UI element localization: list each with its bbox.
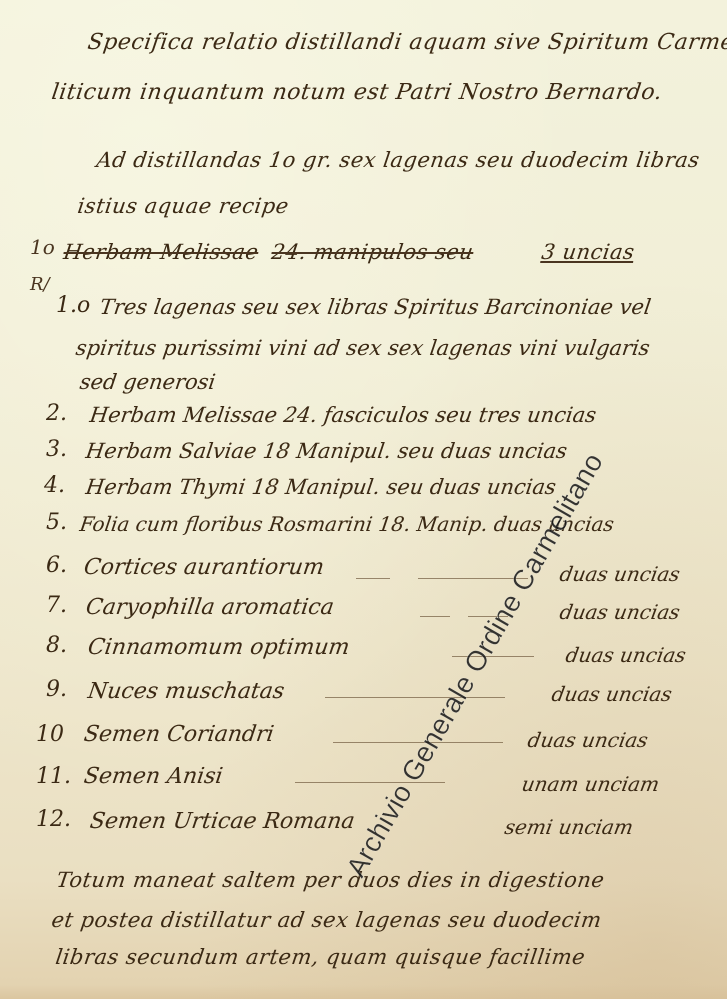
item-quantity-9: duas uncias (550, 682, 674, 706)
title-line-2: liticum inquantum notum est Patri Nostro… (50, 80, 664, 105)
recipe-symbol: R/ (30, 274, 50, 295)
item-number-1: 1.o (56, 293, 90, 318)
leader-dash (356, 578, 390, 579)
item-text-12: Semen Urticae Romana (88, 809, 356, 834)
closing-line-1: Totum maneat saltem per duos dies in dig… (55, 868, 606, 892)
item-number-7: 7. (46, 593, 67, 618)
item-number-8: 8. (46, 633, 67, 658)
item-number-9: 9. (46, 677, 67, 702)
closing-line-3: libras secundum artem, quam quisque faci… (54, 945, 587, 969)
item-text-6: Cortices aurantiorum (82, 555, 325, 580)
item-text-3: Herbam Salviae 18 Manipul. seu duas unci… (84, 439, 568, 463)
leader-dash (325, 697, 505, 698)
item-text-1: Tres lagenas seu sex libras Spiritus Bar… (98, 295, 652, 319)
item-text-1-cont-2: sed generosi (78, 370, 217, 394)
item-number-11: 11. (36, 764, 71, 789)
closing-line-2: et postea distillatur ad sex lagenas seu… (50, 908, 603, 932)
item-quantity-8: duas uncias (564, 643, 688, 667)
item-number-5: 5. (46, 510, 67, 535)
item-quantity-12: semi unciam (503, 815, 635, 839)
item-number-12: 12. (36, 807, 71, 832)
item-text-7: Caryophilla aromatica (84, 595, 335, 620)
title-line-1: Specifica relatio distillandi aquam sive… (86, 30, 727, 55)
item-number-2: 2. (46, 401, 67, 426)
item-text-8: Cinnamomum optimum (86, 635, 351, 660)
leader-dash (420, 616, 450, 617)
item-quantity-10: duas uncias (526, 728, 650, 752)
item-text-4: Herbam Thymi 18 Manipul. seu duas uncias (84, 475, 557, 499)
item-number-10: 10 (36, 722, 64, 747)
paper-bottom-edge (0, 985, 727, 999)
margin-mark-struck: 1o (30, 235, 55, 259)
item-text-9: Nuces muschatas (86, 679, 286, 704)
item-text-11: Semen Anisi (82, 764, 224, 789)
struck-quantity: 3 uncias (540, 240, 636, 264)
item-quantity-7: duas uncias (558, 600, 682, 624)
item-quantity-11: unam unciam (520, 772, 661, 796)
item-text-10: Semen Coriandri (82, 722, 275, 747)
item-text-1-cont-1: spiritus purissimi vini ad sex sex lagen… (74, 336, 651, 360)
item-text-2: Herbam Melissae 24. fasciculos seu tres … (88, 403, 598, 427)
item-number-4: 4. (44, 473, 65, 498)
item-number-3: 3. (46, 437, 67, 462)
intro-line-1: Ad distillandas 1o gr. sex lagenas seu d… (95, 148, 701, 172)
item-number-6: 6. (46, 553, 67, 578)
item-quantity-6: duas uncias (558, 562, 682, 586)
intro-line-2: istius aquae recipe (76, 194, 290, 218)
struck-amount: 24. manipulos seu (270, 240, 475, 264)
struck-herbam-melissae: Herbam Melissae (62, 240, 260, 264)
